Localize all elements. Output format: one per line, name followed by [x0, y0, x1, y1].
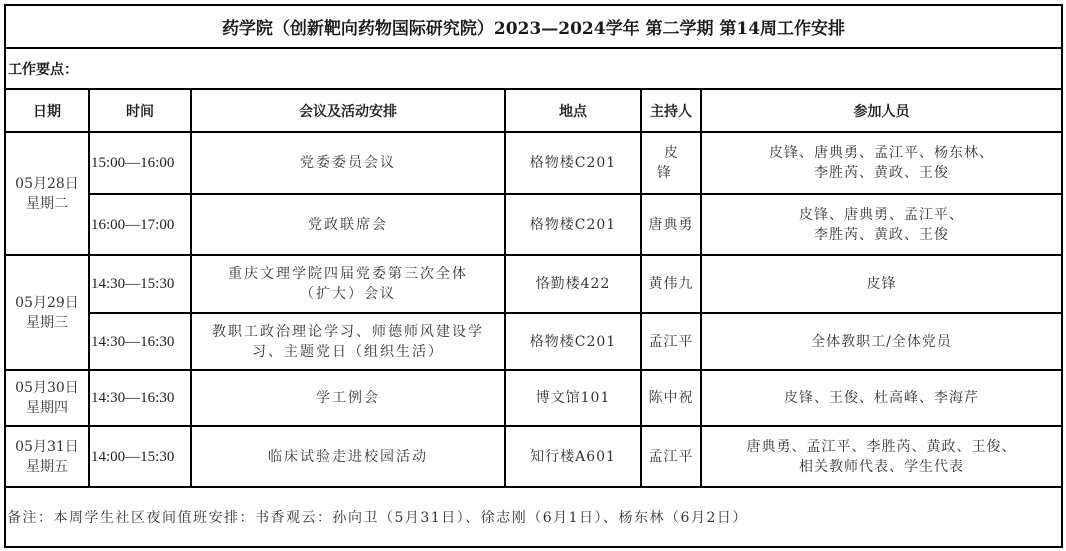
- time-cell: 14:00—15:30: [89, 426, 191, 488]
- activity-line: 临床试验走进校园活动: [192, 447, 504, 467]
- note-row: 备注：本周学生社区夜间值班安排：书香观云：孙向卫（5月31日）、徐志刚（6月1日…: [5, 487, 1062, 547]
- table-row: 05月28日 星期二 15:00—16:00 党委委员会议 格物楼C201 皮锋…: [5, 132, 1062, 194]
- attendees-line: 唐典勇、孟江平、李胜芮、黄政、王俊、: [710, 437, 1053, 457]
- host-cell: 孟江平: [641, 426, 701, 488]
- time-cell: 14:30—16:30: [89, 313, 191, 370]
- date-cell: 05月29日 星期三: [5, 255, 89, 370]
- header-attendees: 参加人员: [701, 89, 1062, 132]
- key-points-label: 工作要点：: [5, 48, 1062, 89]
- activity-line: （扩大）会议: [192, 284, 504, 304]
- activity-line: 习、主题党日（组织生活）: [192, 342, 504, 362]
- attendees-cell: 皮锋: [701, 255, 1062, 312]
- location-cell: 恪勤楼422: [505, 255, 641, 312]
- schedule-sheet: 药学院（创新靶向药物国际研究院）2023—2024学年 第二学期 第14周工作安…: [4, 4, 1061, 548]
- activity-cell: 党委委员会议: [191, 132, 505, 194]
- host-cell: 陈中祝: [641, 370, 701, 425]
- activity-cell: 党政联席会: [191, 194, 505, 256]
- host-cell: 孟江平: [641, 313, 701, 370]
- location-cell: 知行楼A601: [505, 426, 641, 488]
- title-row: 药学院（创新靶向药物国际研究院）2023—2024学年 第二学期 第14周工作安…: [5, 5, 1062, 48]
- attendees-cell: 唐典勇、孟江平、李胜芮、黄政、王俊、 相关教师代表、学生代表: [701, 426, 1062, 488]
- date-cell: 05月28日 星期二: [5, 132, 89, 255]
- activity-cell: 教职工政治理论学习、师德师风建设学 习、主题党日（组织生活）: [191, 313, 505, 370]
- host-cell: 唐典勇: [641, 194, 701, 256]
- weekday-text: 星期二: [6, 194, 88, 214]
- table-row: 05月31日 星期五 14:00—15:30 临床试验走进校园活动 知行楼A60…: [5, 426, 1062, 488]
- document-title: 药学院（创新靶向药物国际研究院）2023—2024学年 第二学期 第14周工作安…: [5, 5, 1062, 48]
- header-activity: 会议及活动安排: [191, 89, 505, 132]
- activity-line: 党政联席会: [192, 215, 504, 235]
- activity-cell: 学工例会: [191, 370, 505, 425]
- activity-line: 党委委员会议: [192, 153, 504, 173]
- attendees-cell: 皮锋、唐典勇、孟江平、 李胜芮、黄政、王俊: [701, 194, 1062, 256]
- weekday-text: 星期五: [6, 457, 88, 477]
- header-location: 地点: [505, 89, 641, 132]
- attendees-line: 相关教师代表、学生代表: [710, 457, 1053, 477]
- host-cell: 黄伟九: [641, 255, 701, 312]
- attendees-line: 皮锋、王俊、杜高峰、李海芹: [710, 388, 1053, 408]
- header-time: 时间: [89, 89, 191, 132]
- location-cell: 格物楼C201: [505, 194, 641, 256]
- location-cell: 博文馆101: [505, 370, 641, 425]
- attendees-line: 李胜芮、黄政、王俊: [710, 225, 1053, 245]
- date-text: 05月29日: [6, 293, 88, 313]
- time-cell: 14:30—15:30: [89, 255, 191, 312]
- key-points-row: 工作要点：: [5, 48, 1062, 89]
- activity-cell: 重庆文理学院四届党委第三次全体 （扩大）会议: [191, 255, 505, 312]
- activity-line: 重庆文理学院四届党委第三次全体: [192, 264, 504, 284]
- attendees-cell: 皮锋、唐典勇、孟江平、杨东林、 李胜芮、黄政、王俊: [701, 132, 1062, 194]
- date-text: 05月28日: [6, 174, 88, 194]
- table-row: 14:30—16:30 教职工政治理论学习、师德师风建设学 习、主题党日（组织生…: [5, 313, 1062, 370]
- duty-note: 备注：本周学生社区夜间值班安排：书香观云：孙向卫（5月31日）、徐志刚（6月1日…: [5, 487, 1062, 547]
- activity-line: 学工例会: [192, 388, 504, 408]
- attendees-line: 全体教职工/全体党员: [710, 332, 1053, 352]
- table-row: 16:00—17:00 党政联席会 格物楼C201 唐典勇 皮锋、唐典勇、孟江平…: [5, 194, 1062, 256]
- attendees-cell: 皮锋、王俊、杜高峰、李海芹: [701, 370, 1062, 425]
- host-cell: 皮锋: [641, 132, 701, 194]
- date-cell: 05月31日 星期五: [5, 426, 89, 488]
- header-host: 主持人: [641, 89, 701, 132]
- time-cell: 14:30—16:30: [89, 370, 191, 425]
- table-row: 05月30日 星期四 14:30—16:30 学工例会 博文馆101 陈中祝 皮…: [5, 370, 1062, 425]
- header-row: 日期 时间 会议及活动安排 地点 主持人 参加人员: [5, 89, 1062, 132]
- date-text: 05月31日: [6, 437, 88, 457]
- activity-cell: 临床试验走进校园活动: [191, 426, 505, 488]
- attendees-line: 李胜芮、黄政、王俊: [710, 163, 1053, 183]
- time-cell: 15:00—16:00: [89, 132, 191, 194]
- weekday-text: 星期四: [6, 398, 88, 418]
- weekly-schedule-table: 药学院（创新靶向药物国际研究院）2023—2024学年 第二学期 第14周工作安…: [4, 4, 1063, 548]
- table-row: 05月29日 星期三 14:30—15:30 重庆文理学院四届党委第三次全体 （…: [5, 255, 1062, 312]
- date-text: 05月30日: [6, 378, 88, 398]
- date-cell: 05月30日 星期四: [5, 370, 89, 425]
- attendees-line: 皮锋: [710, 274, 1053, 294]
- attendees-cell: 全体教职工/全体党员: [701, 313, 1062, 370]
- time-cell: 16:00—17:00: [89, 194, 191, 256]
- attendees-line: 皮锋、唐典勇、孟江平、: [710, 205, 1053, 225]
- attendees-line: 皮锋、唐典勇、孟江平、杨东林、: [710, 143, 1053, 163]
- weekday-text: 星期三: [6, 313, 88, 333]
- activity-line: 教职工政治理论学习、师德师风建设学: [192, 322, 504, 342]
- location-cell: 格物楼C201: [505, 313, 641, 370]
- header-date: 日期: [5, 89, 89, 132]
- host-name: 皮锋: [650, 145, 692, 181]
- location-cell: 格物楼C201: [505, 132, 641, 194]
